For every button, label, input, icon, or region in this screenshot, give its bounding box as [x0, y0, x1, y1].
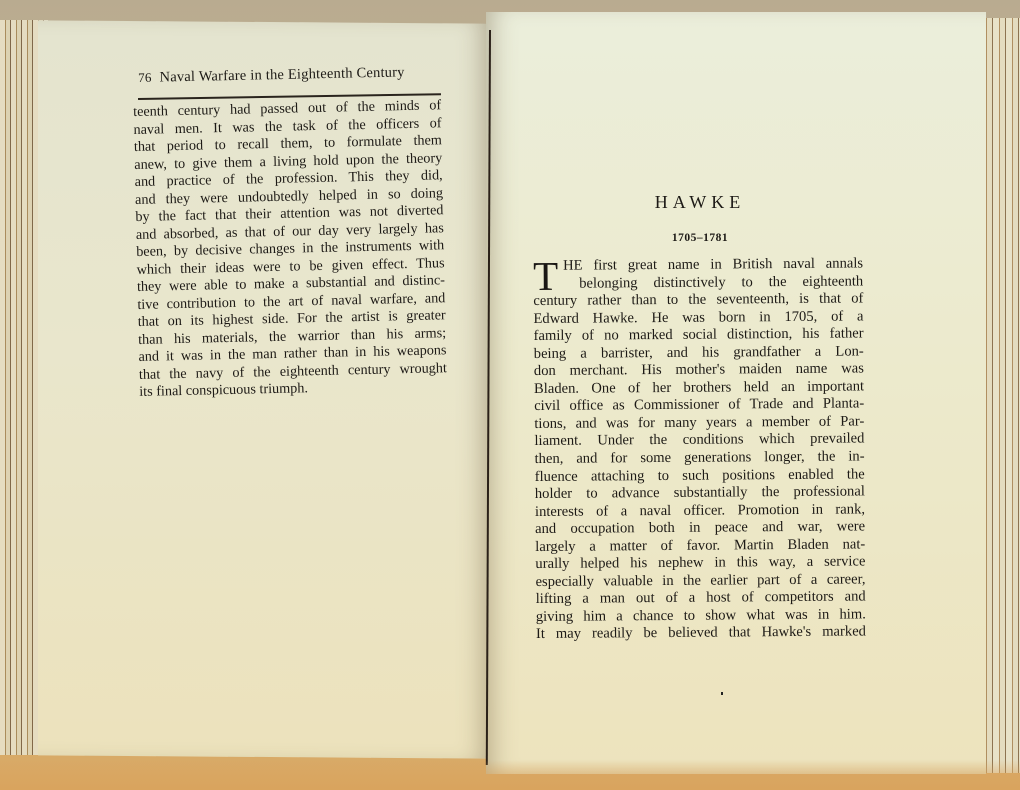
table-surface: [0, 760, 1020, 790]
text-line: HE first great name in British naval ann…: [533, 255, 863, 275]
text-line: It may readily be believed that Hawke's …: [536, 624, 866, 644]
page-number: 76: [138, 70, 152, 85]
print-speck: [721, 692, 723, 695]
right-page-edges: [980, 18, 1020, 773]
text-line: holder to advance substantially the prof…: [535, 484, 865, 504]
text-line: and occupation both in peace and war, we…: [535, 519, 865, 539]
text-line: then, and for some generations longer, t…: [535, 448, 865, 468]
left-page-body: teenth century had passed out of the min…: [133, 97, 447, 401]
chapter-title: HAWKE: [540, 192, 860, 213]
text-line: family of no marked social distinction, …: [534, 326, 864, 346]
right-page-body: T HE first great name in British naval a…: [533, 255, 866, 644]
open-book-photo: 76Naval Warfare in the Eighteenth Centur…: [0, 0, 1020, 790]
text-line: century rather than to the seventeenth, …: [533, 291, 863, 311]
chapter-dates: 1705–1781: [540, 232, 860, 244]
drop-cap: T: [533, 259, 558, 293]
